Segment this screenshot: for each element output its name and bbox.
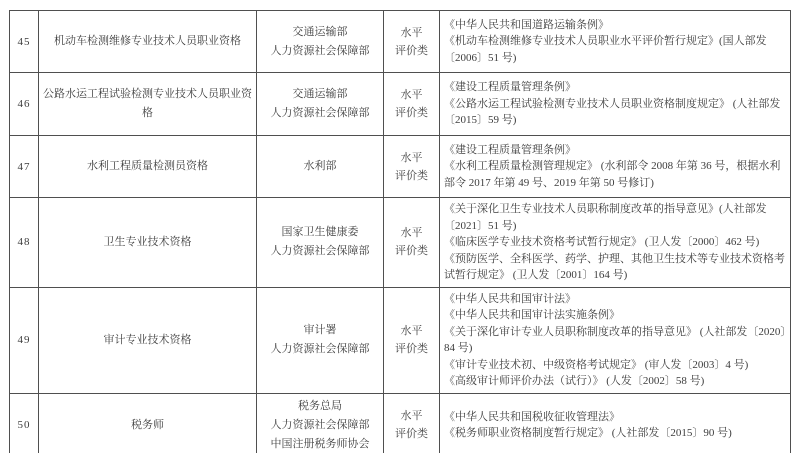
department-line: 审计署 [261, 321, 379, 340]
issuing-department-cell: 审计署人力资源社会保障部 [257, 287, 384, 393]
category-line: 水平 [388, 407, 435, 425]
legal-basis-item: 《中华人民共和国税收征收管理法》 [444, 409, 786, 426]
legal-basis-cell: 《中华人民共和国税收征收管理法》《税务师职业资格制度暂行规定》 (人社部发〔20… [440, 393, 791, 453]
row-number-cell: 45 [10, 11, 39, 73]
legal-basis-cell: 《中华人民共和国审计法》《中华人民共和国审计法实施条例》《关于深化审计专业人员职… [440, 287, 791, 393]
category-cell: 水平评价类 [384, 73, 440, 136]
category-cell: 水平评价类 [384, 393, 440, 453]
qualification-name-cell: 卫生专业技术资格 [39, 198, 257, 288]
legal-basis-item: 《中华人民共和国审计法实施条例》 [444, 307, 786, 324]
legal-basis-item: 《中华人民共和国审计法》 [444, 291, 786, 308]
department-line: 中国注册税务师协会 [261, 435, 379, 453]
category-cell: 水平评价类 [384, 11, 440, 73]
category-line: 水平 [388, 322, 435, 340]
legal-basis-item: 《预防医学、全科医学、药学、护理、其他卫生技术等专业技术资格考试暂行规定》 (卫… [444, 251, 786, 284]
issuing-department-cell: 国家卫生健康委人力资源社会保障部 [257, 198, 384, 288]
legal-basis-item: 《关于深化审计专业人员职称制度改革的指导意见》 (人社部发〔2020〕84 号) [444, 324, 786, 357]
category-cell: 水平评价类 [384, 136, 440, 198]
document-page: 45 机动车检测维修专业技术人员职业资格 交通运输部人力资源社会保障部 水平评价… [0, 0, 800, 453]
department-line: 交通运输部 [261, 23, 379, 42]
qualification-table: 45 机动车检测维修专业技术人员职业资格 交通运输部人力资源社会保障部 水平评价… [9, 10, 791, 453]
category-cell: 水平评价类 [384, 287, 440, 393]
issuing-department-cell: 税务总局人力资源社会保障部中国注册税务师协会 [257, 393, 384, 453]
department-line: 人力资源社会保障部 [261, 416, 379, 435]
row-number-cell: 50 [10, 393, 39, 453]
legal-basis-item: 《公路水运工程试验检测专业技术人员职业资格制度规定》 (人社部发〔2015〕59… [444, 96, 786, 129]
table-row: 46 公路水运工程试验检测专业技术人员职业资格 交通运输部人力资源社会保障部 水… [10, 73, 791, 136]
qualification-name-cell: 审计专业技术资格 [39, 287, 257, 393]
legal-basis-item: 《水利工程质量检测管理规定》 (水利部令 2008 年第 36 号，根据水利部令… [444, 158, 786, 191]
issuing-department-cell: 交通运输部人力资源社会保障部 [257, 73, 384, 136]
legal-basis-item: 《建设工程质量管理条例》 [444, 79, 786, 96]
qualification-name-cell: 水利工程质量检测员资格 [39, 136, 257, 198]
category-line: 评价类 [388, 242, 435, 260]
table-row: 45 机动车检测维修专业技术人员职业资格 交通运输部人力资源社会保障部 水平评价… [10, 11, 791, 73]
legal-basis-item: 《关于深化卫生专业技术人员职称制度改革的指导意见》(人社部发〔2021〕51 号… [444, 201, 786, 234]
legal-basis-item: 《审计专业技术初、中级资格考试规定》 (审人发〔2003〕4 号) [444, 357, 786, 374]
row-number-cell: 48 [10, 198, 39, 288]
table-row: 48 卫生专业技术资格 国家卫生健康委人力资源社会保障部 水平评价类 《关于深化… [10, 198, 791, 288]
category-line: 评价类 [388, 340, 435, 358]
table-row: 49 审计专业技术资格 审计署人力资源社会保障部 水平评价类 《中华人民共和国审… [10, 287, 791, 393]
category-line: 水平 [388, 149, 435, 167]
legal-basis-item: 《临床医学专业技术资格考试暂行规定》 (卫人发〔2000〕462 号) [444, 234, 786, 251]
legal-basis-cell: 《建设工程质量管理条例》《水利工程质量检测管理规定》 (水利部令 2008 年第… [440, 136, 791, 198]
department-line: 交通运输部 [261, 85, 379, 104]
department-line: 人力资源社会保障部 [261, 340, 379, 359]
department-line: 税务总局 [261, 397, 379, 416]
qualification-table-body: 45 机动车检测维修专业技术人员职业资格 交通运输部人力资源社会保障部 水平评价… [10, 11, 791, 453]
table-row: 50 税务师 税务总局人力资源社会保障部中国注册税务师协会 水平评价类 《中华人… [10, 393, 791, 453]
category-line: 评价类 [388, 167, 435, 185]
qualification-name-cell: 公路水运工程试验检测专业技术人员职业资格 [39, 73, 257, 136]
department-line: 人力资源社会保障部 [261, 42, 379, 61]
category-line: 水平 [388, 86, 435, 104]
legal-basis-item: 《机动车检测维修专业技术人员职业水平评价暂行规定》(国人部发〔2006〕51 号… [444, 33, 786, 66]
category-cell: 水平评价类 [384, 198, 440, 288]
department-line: 人力资源社会保障部 [261, 242, 379, 261]
row-number-cell: 47 [10, 136, 39, 198]
qualification-name-cell: 税务师 [39, 393, 257, 453]
table-row: 47 水利工程质量检测员资格 水利部 水平评价类 《建设工程质量管理条例》《水利… [10, 136, 791, 198]
issuing-department-cell: 水利部 [257, 136, 384, 198]
legal-basis-item: 《中华人民共和国道路运输条例》 [444, 17, 786, 34]
legal-basis-cell: 《建设工程质量管理条例》《公路水运工程试验检测专业技术人员职业资格制度规定》 (… [440, 73, 791, 136]
department-line: 水利部 [261, 157, 379, 176]
category-line: 评价类 [388, 104, 435, 122]
category-line: 评价类 [388, 42, 435, 60]
category-line: 水平 [388, 24, 435, 42]
department-line: 国家卫生健康委 [261, 223, 379, 242]
qualification-name-cell: 机动车检测维修专业技术人员职业资格 [39, 11, 257, 73]
legal-basis-item: 《税务师职业资格制度暂行规定》 (人社部发〔2015〕90 号) [444, 425, 786, 442]
row-number-cell: 49 [10, 287, 39, 393]
category-line: 评价类 [388, 425, 435, 443]
legal-basis-item: 《建设工程质量管理条例》 [444, 142, 786, 159]
issuing-department-cell: 交通运输部人力资源社会保障部 [257, 11, 384, 73]
row-number-cell: 46 [10, 73, 39, 136]
department-line: 人力资源社会保障部 [261, 104, 379, 123]
legal-basis-item: 《高级审计师评价办法（试行）》 (人发〔2002〕58 号) [444, 373, 786, 390]
category-line: 水平 [388, 224, 435, 242]
legal-basis-cell: 《关于深化卫生专业技术人员职称制度改革的指导意见》(人社部发〔2021〕51 号… [440, 198, 791, 288]
legal-basis-cell: 《中华人民共和国道路运输条例》《机动车检测维修专业技术人员职业水平评价暂行规定》… [440, 11, 791, 73]
